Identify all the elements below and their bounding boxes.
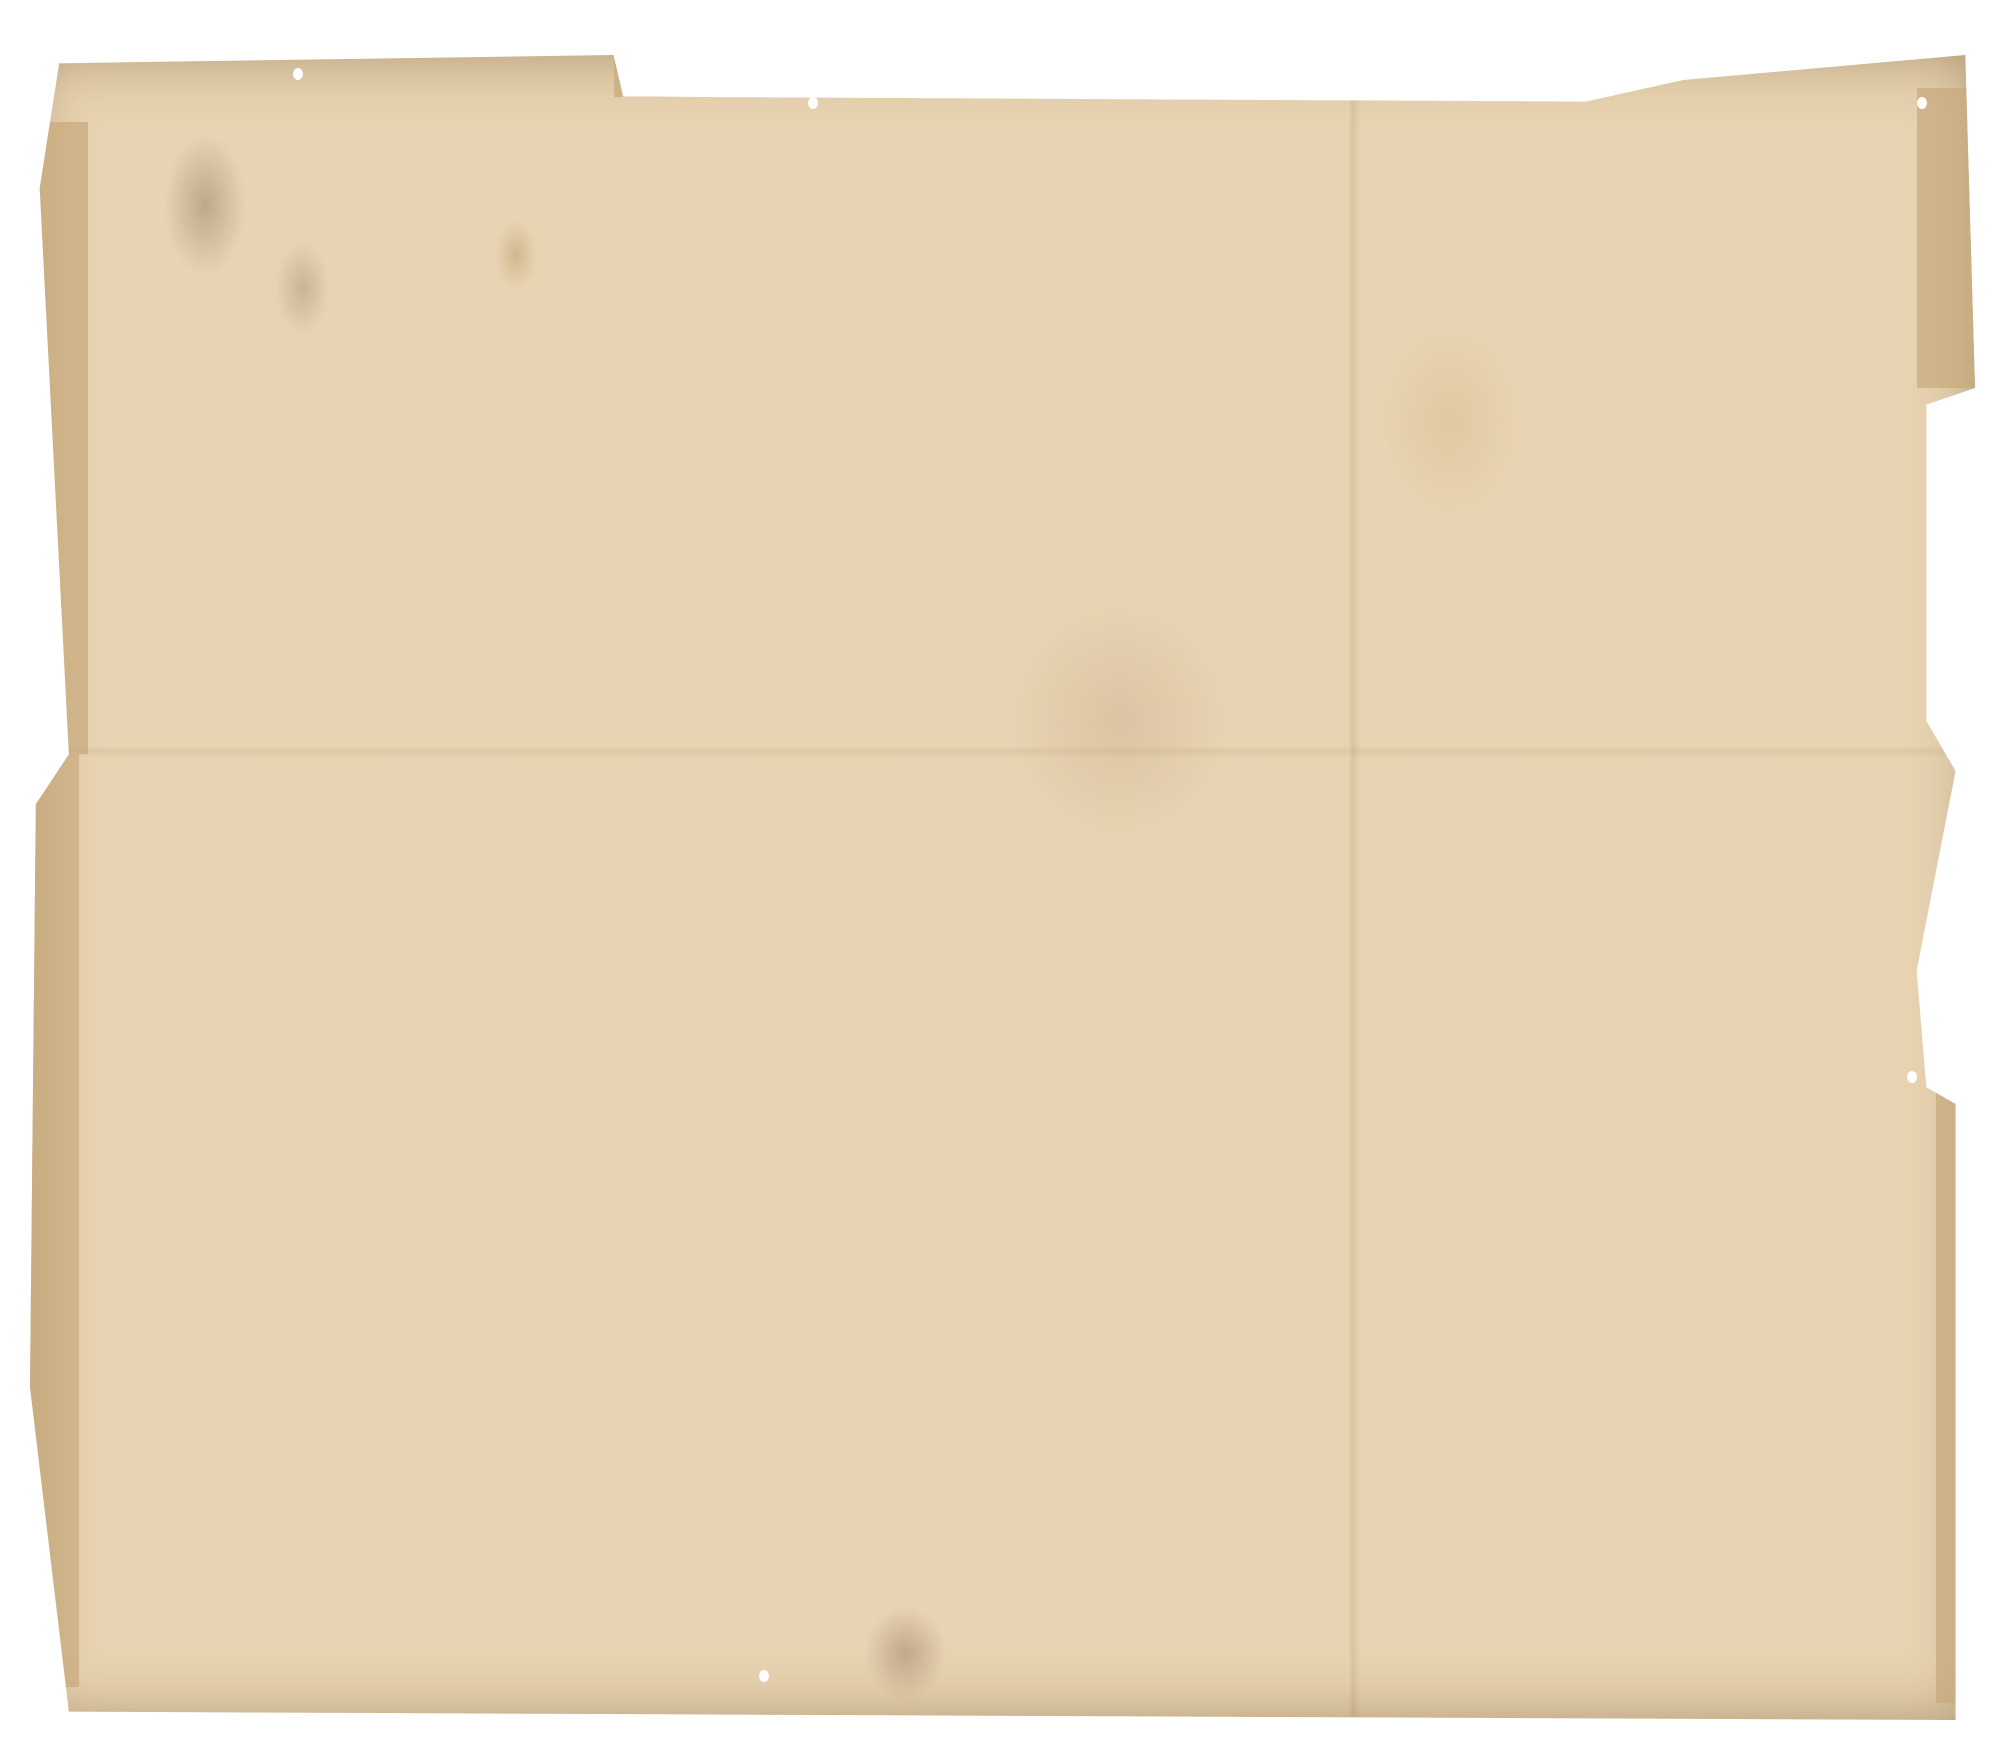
right-folded-edge bbox=[1917, 88, 1975, 388]
left-lower-folded-edge bbox=[30, 754, 79, 1686]
pin-hole bbox=[759, 1670, 769, 1682]
left-folded-edge bbox=[30, 122, 88, 755]
pin-hole bbox=[1907, 1071, 1917, 1083]
right-lower-folded-edge bbox=[1936, 1087, 1975, 1703]
pin-hole bbox=[1917, 97, 1927, 109]
pin-hole bbox=[293, 68, 303, 80]
pin-hole bbox=[808, 97, 818, 109]
paper-sheet bbox=[30, 55, 1975, 1720]
top-folded-edge bbox=[614, 55, 1587, 97]
